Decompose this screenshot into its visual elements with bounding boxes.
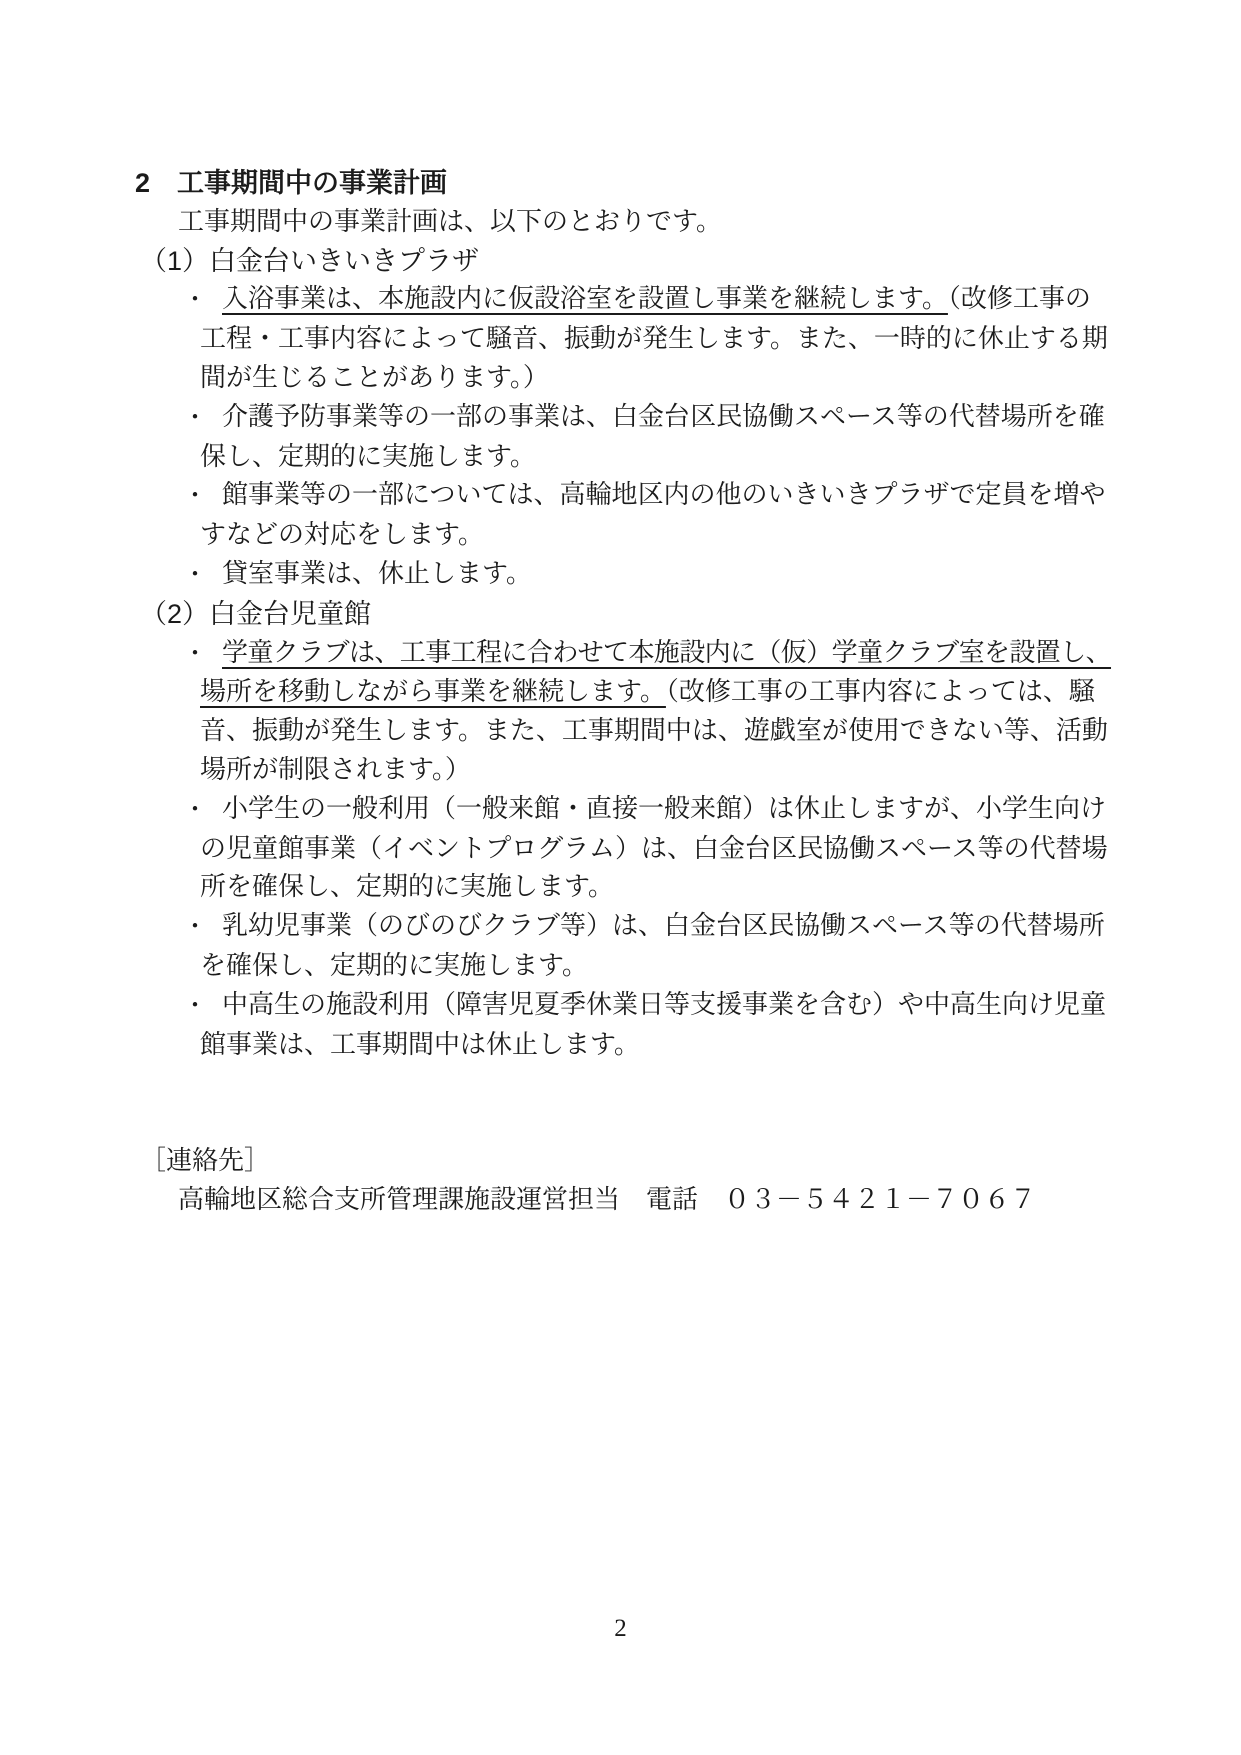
bullet-dot: ・ [183, 477, 222, 516]
heading-number: 2 [135, 164, 177, 203]
bullet-dot: ・ [183, 635, 222, 674]
bullet-item-hall-programs-line1: ・館事業等の一部については、高輪地区内の他のいきいきプラザで定員を増や [0, 476, 1241, 516]
bullet-item-teen-use-line2: 館事業は、工事期間中は休止します。 [0, 1026, 1241, 1065]
bullet-item-elementary-use-line3: 所を確保し、定期的に実施します。 [0, 868, 1241, 907]
document-page: 2工事期間中の事業計画 工事期間中の事業計画は、以下のとおりです。 （1）白金台… [0, 0, 1241, 1755]
bullet-item-room-rental: ・貸室事業は、休止します。 [0, 555, 1241, 595]
heading-title: 工事期間中の事業計画 [177, 168, 447, 198]
plain-text: 小学生の一般利用（一般来館・直接一般来館）は休止しますが、小学生向け [222, 794, 1106, 823]
bullet-dot: ・ [183, 399, 222, 438]
section-heading: 2工事期間中の事業計画 [0, 164, 1241, 203]
plain-text: 貸室事業は、休止します。 [222, 559, 532, 588]
intro-paragraph: 工事期間中の事業計画は、以下のとおりです。 [0, 203, 1241, 242]
plain-text: 中高生の施設利用（障害児夏季休業日等支援事業を含む）や中高生向け児童 [222, 990, 1106, 1019]
bullet-item-bathing-line2: 工程・工事内容によって騒音、振動が発生します。また、一時的に休止する期 [0, 320, 1241, 359]
page-number: 2 [0, 1612, 1241, 1646]
bullet-dot: ・ [183, 791, 222, 830]
bullet-item-bathing-line3: 間が生じることがあります。） [0, 359, 1241, 398]
bullet-item-elementary-use-line1: ・小学生の一般利用（一般来館・直接一般来館）は休止しますが、小学生向け [0, 790, 1241, 830]
bullet-item-teen-use-line1: ・中高生の施設利用（障害児夏季休業日等支援事業を含む）や中高生向け児童 [0, 986, 1241, 1026]
bullet-item-care-prevention-line1: ・介護予防事業等の一部の事業は、白金台区民協働スペース等の代替場所を確 [0, 398, 1241, 438]
bullet-item-gakudo-club-line3: 音、振動が発生します。また、工事期間中は、遊戯室が使用できない等、活動 [0, 712, 1241, 751]
contact-detail: 高輪地区総合支所管理課施設運営担当 電話 ０３－５４２１－７０６７ [0, 1181, 1241, 1220]
plain-text: 乳幼児事業（のびのびクラブ等）は、白金台区民協働スペース等の代替場所 [222, 911, 1105, 940]
subsection-1-label: （1）白金台いきいきプラザ [0, 242, 1241, 281]
spacer [0, 1103, 1241, 1142]
underlined-text: 学童クラブは、工事工程に合わせて本施設内に（仮）学童クラブ室を設置し、 [222, 638, 1111, 667]
contact-section-label: ［連絡先］ [0, 1142, 1241, 1181]
bullet-item-infant-programs-line2: を確保し、定期的に実施します。 [0, 947, 1241, 986]
bullet-dot: ・ [183, 908, 222, 947]
bullet-item-bathing-line1: ・入浴事業は、本施設内に仮設浴室を設置し事業を継続します。（改修工事の [0, 280, 1241, 320]
bullet-dot: ・ [183, 987, 222, 1026]
plain-text: 館事業等の一部については、高輪地区内の他のいきいきプラザで定員を増や [222, 480, 1105, 509]
bullet-dot: ・ [183, 556, 222, 595]
bullet-item-gakudo-club-line4: 場所が制限されます。） [0, 751, 1241, 790]
plain-text: 介護予防事業等の一部の事業は、白金台区民協働スペース等の代替場所を確 [222, 402, 1105, 431]
bullet-item-gakudo-club-line2: 場所を移動しながら事業を継続します。（改修工事の工事内容によっては、騒 [0, 673, 1241, 712]
document-body: 2工事期間中の事業計画 工事期間中の事業計画は、以下のとおりです。 （1）白金台… [0, 0, 1241, 1220]
underlined-text: 場所を移動しながら事業を継続します。 [200, 677, 666, 706]
bullet-item-infant-programs-line1: ・乳幼児事業（のびのびクラブ等）は、白金台区民協働スペース等の代替場所 [0, 907, 1241, 947]
underlined-text: 入浴事業は、本施設内に仮設浴室を設置し事業を継続します。 [222, 284, 948, 313]
bullet-item-elementary-use-line2: の児童館事業（イベントプログラム）は、白金台区民協働スペース等の代替場 [0, 830, 1241, 869]
bullet-item-gakudo-club-line1: ・学童クラブは、工事工程に合わせて本施設内に（仮）学童クラブ室を設置し、 [0, 634, 1241, 674]
plain-text: （改修工事の [948, 284, 1091, 313]
bullet-item-hall-programs-line2: すなどの対応をします。 [0, 516, 1241, 555]
bullet-item-care-prevention-line2: 保し、定期的に実施します。 [0, 438, 1241, 477]
spacer [0, 1064, 1241, 1103]
plain-text: （改修工事の工事内容によっては、騒 [666, 677, 1095, 706]
bullet-dot: ・ [183, 281, 222, 320]
subsection-2-label: （2）白金台児童館 [0, 595, 1241, 634]
